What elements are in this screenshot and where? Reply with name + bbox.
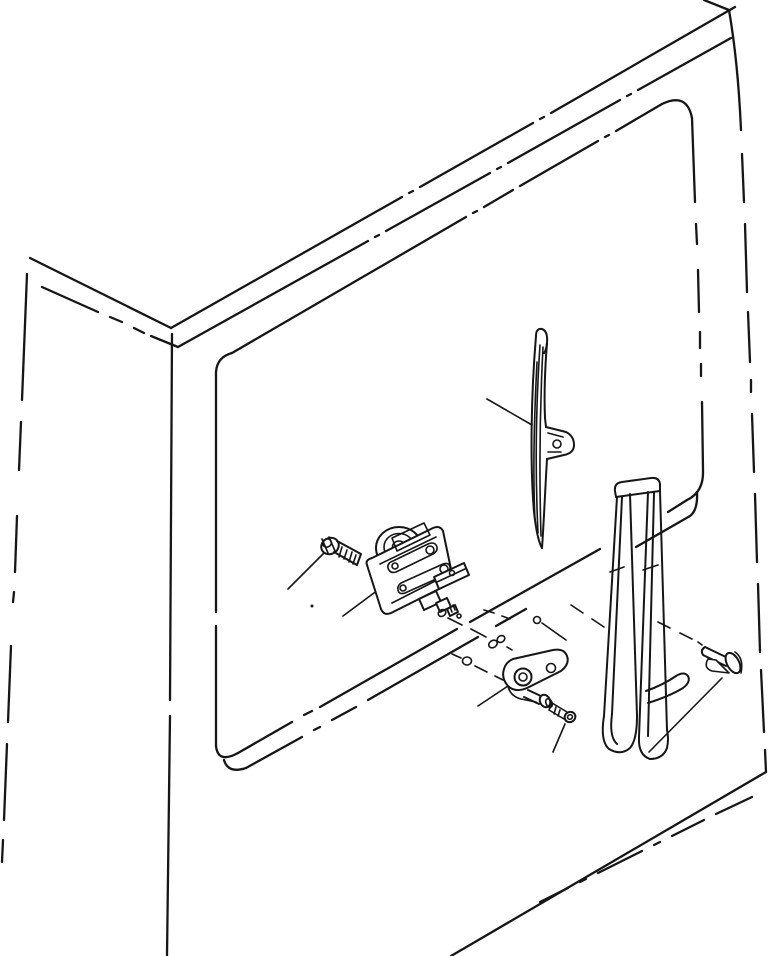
pivot-screw <box>549 703 577 724</box>
window-bottom-left-corner <box>216 746 238 757</box>
blade-mount-tab <box>546 427 574 459</box>
spacer-washer <box>463 657 472 665</box>
mounting-bolt <box>702 647 744 676</box>
window-top-left-corner <box>216 353 232 372</box>
blade-rib-line-2 <box>540 347 543 536</box>
leader-to-mounting-bolt <box>649 678 722 752</box>
centerline-spacer-to-pivot <box>452 654 503 680</box>
roof-left-inner-edge <box>42 287 178 347</box>
arm-left-rail-foot <box>603 714 637 752</box>
blade-pivot-hole <box>553 440 561 448</box>
blade-right-edge-upper <box>545 343 547 427</box>
diagram-page <box>0 0 773 956</box>
window-bottom-right-corner <box>687 470 703 500</box>
wiper-blade <box>532 329 574 548</box>
roof-right-inner-edge <box>178 38 731 347</box>
window-right-edge <box>692 118 703 470</box>
arm-joint-marks <box>610 565 658 572</box>
pivot-bracket <box>503 650 568 709</box>
centerline-to-arm <box>571 605 604 627</box>
pivot-screw-head <box>563 710 578 724</box>
window-top-edge <box>232 104 662 353</box>
leader-to-pivot-screw <box>553 724 565 752</box>
cab-bottom-edge <box>451 772 766 956</box>
mounting-screw <box>318 535 361 565</box>
wiper-arm <box>603 478 689 759</box>
leader-to-pivot-bracket <box>478 686 508 706</box>
wiper-motor <box>367 523 469 618</box>
arm-right-rail-foot <box>639 730 668 759</box>
front-corner-post-edge <box>167 334 172 956</box>
window-top-right-corner <box>662 100 692 118</box>
arm-right-rail <box>639 491 667 737</box>
centerline-upper <box>484 610 510 619</box>
arm-left-rail <box>604 494 637 716</box>
cab-left-outer-edge <box>2 274 27 862</box>
small-washer <box>534 617 541 624</box>
leader-to-wiper-blade <box>487 399 532 425</box>
pivot-body <box>503 650 568 690</box>
leader-to-mounting-screw <box>288 551 326 589</box>
roof-right-outer-edge <box>171 7 735 328</box>
blade-right-edge-lower <box>542 459 547 548</box>
window-frame <box>216 100 703 770</box>
roof-left-outer-edge <box>30 258 171 328</box>
roof-far-edge-stub <box>704 0 729 10</box>
motor-shaft-tip <box>457 614 461 618</box>
blade-top-cap <box>536 329 547 353</box>
wiper-assembly-diagram <box>0 0 773 956</box>
arm-retainer-hook <box>646 674 689 704</box>
reference-dot <box>311 605 314 608</box>
small-washer-leader <box>542 623 566 640</box>
window-glass-inner-edge <box>224 492 697 770</box>
